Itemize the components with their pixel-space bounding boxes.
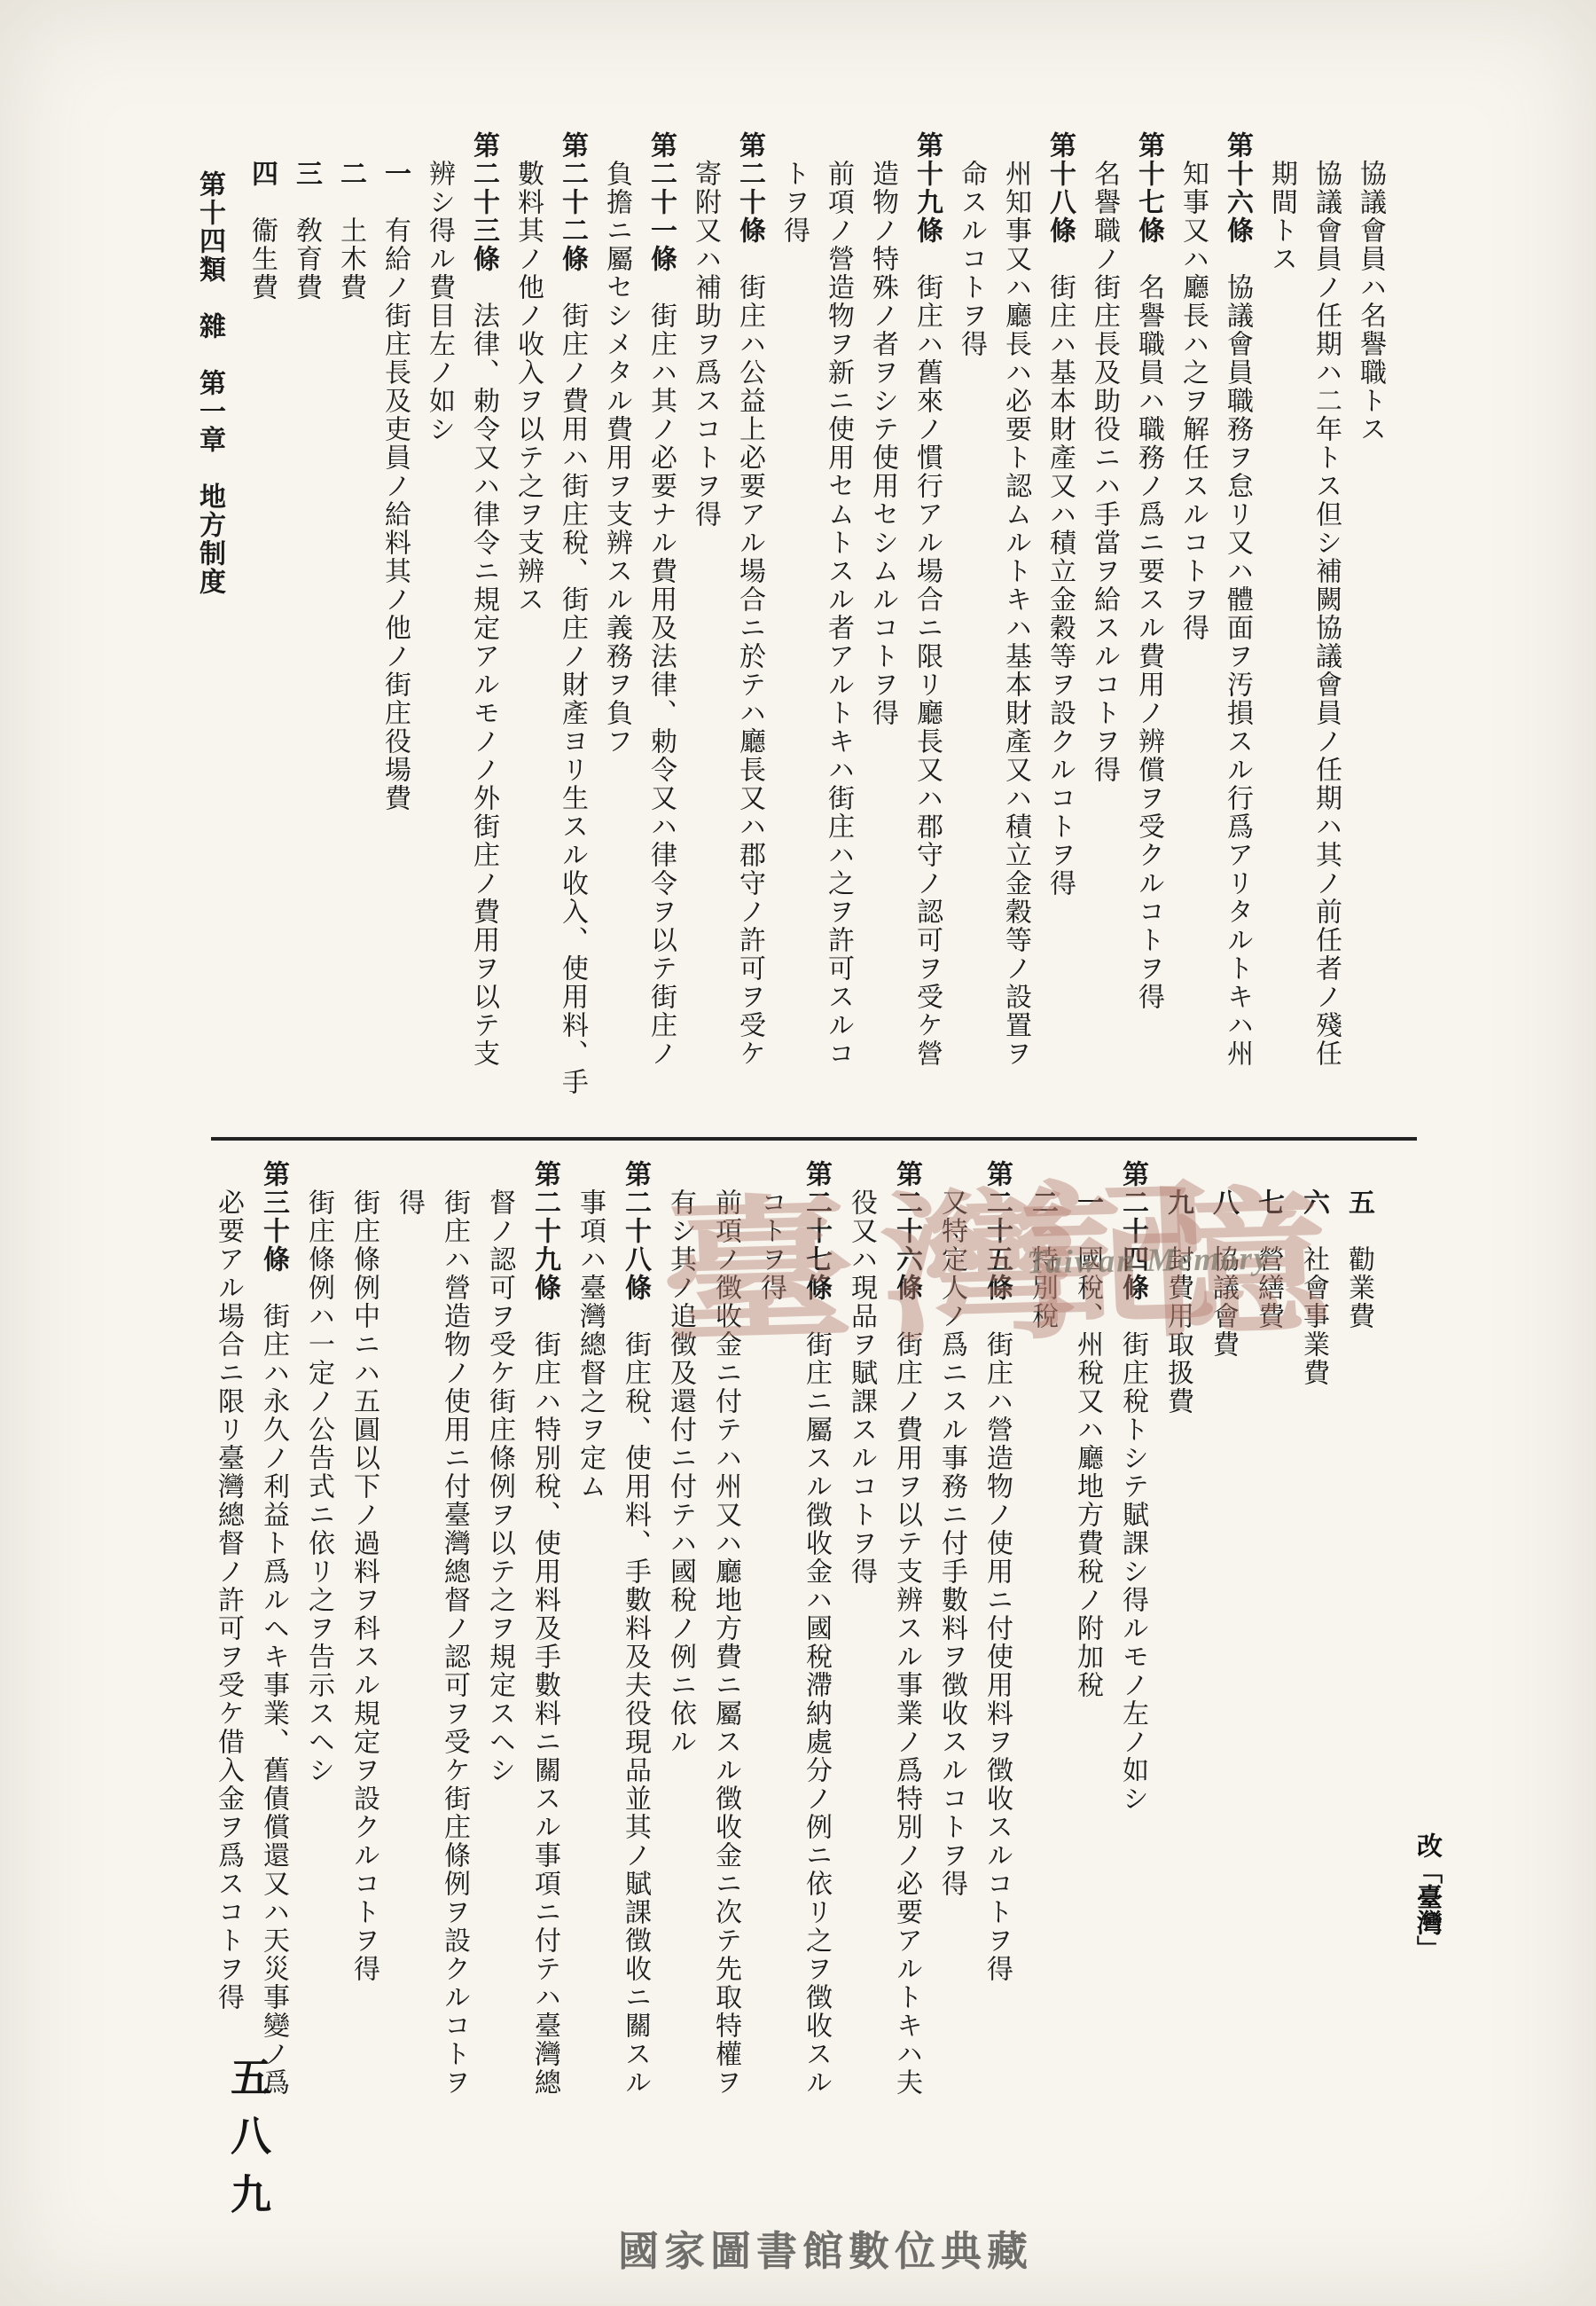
column-text: 協議會費: [1209, 1217, 1238, 1359]
article-number: 第二十五條: [982, 1160, 1012, 1302]
text-column: 四 衞生費: [239, 131, 284, 1151]
article-number: 第二十七條: [802, 1160, 831, 1302]
text-column: 六 社會事業費: [1291, 1160, 1336, 2269]
text-column: 寄附又ハ補助ヲ爲スコトヲ得: [683, 131, 727, 1151]
text-column: 第二十二條 街庄ノ費用ハ街庄稅、街庄ノ財產ヨリ生スル收入、使用料、手: [550, 131, 594, 1151]
article-number: 第二十四條: [1118, 1160, 1147, 1302]
column-indent: [513, 131, 543, 160]
article-number: 九: [1163, 1188, 1193, 1217]
scanned-document-page: 協議會員ハ名譽職トス 協議會員ノ任期ハ二年トス但シ補闕協議會員ノ任期ハ其ノ前任者…: [0, 0, 1596, 2306]
column-indent: [214, 1160, 243, 1188]
column-indent: [1299, 1160, 1328, 1188]
article-number: 第十六條: [1223, 131, 1252, 245]
text-column: 二 特別稅: [1020, 1160, 1065, 2269]
column-text: 社會事業費: [1299, 1217, 1328, 1387]
article-number: 第二十六條: [892, 1160, 921, 1302]
section-divider-rule: [211, 1137, 1417, 1141]
text-column: 命スルコトヲ得: [949, 131, 993, 1151]
column-text: コトヲ得: [756, 1188, 786, 1302]
text-column: 前項ノ徴收金ニ付テハ州又ハ廳地方費ニ屬スル徴收金ニ次テ先取特權ヲ: [703, 1160, 748, 2269]
article-number: 第二十八條: [621, 1160, 650, 1302]
text-column: 負擔ニ屬セシメタル費用ヲ支辨スル義務ヲ負フ: [594, 131, 638, 1151]
column-indent: [1001, 131, 1030, 160]
page-number: 五八九: [218, 2056, 277, 2231]
column-text: 街庄ハ其ノ必要ナル費用及法律、勅令又ハ律令ヲ以テ街庄ノ: [646, 273, 676, 1068]
article-number: 第十八條: [1045, 131, 1075, 245]
text-column: 第二十八條 街庄稅、使用料、手數料及夫役現品並其ノ賦課徴收ニ關スル: [613, 1160, 658, 2269]
text-column: 得: [387, 1160, 432, 2269]
text-column: 協議會員ノ任期ハ二年トス但シ補闕協議會員ノ任期ハ其ノ前任者ノ殘任: [1303, 131, 1348, 1151]
column-text: 協議會員職務ヲ怠リ又ハ體面ヲ汚損スル行爲アリタルトキハ州: [1223, 245, 1252, 1068]
edition-side-note: 改「臺灣」: [1410, 1832, 1446, 1961]
column-text: 街庄ハ基本財產又ハ積立金穀等ヲ設クルコトヲ得: [1045, 245, 1075, 898]
article-number: 七: [1254, 1188, 1283, 1217]
column-text: 協議會員ノ任期ハ二年トス但シ補闕協議會員ノ任期ハ其ノ前任者ノ殘任: [1311, 160, 1341, 1068]
column-text: 名譽職員ハ職務ノ爲ニ要スル費用ノ辨償ヲ受クルコトヲ得: [1134, 245, 1163, 1011]
column-text: 造物ノ特殊ノ者ヲシテ使用セシムルコトヲ得: [868, 160, 897, 727]
column-indent: [847, 1160, 876, 1188]
column-indent: [304, 1160, 333, 1188]
article-number: 第二十九條: [530, 1160, 559, 1302]
column-indent: [1356, 131, 1385, 160]
column-indent: [380, 131, 410, 160]
column-text: 命スルコトヲ得: [957, 160, 986, 358]
column-text: 期間トス: [1267, 160, 1296, 273]
text-column: 五 勸業費: [1336, 1160, 1381, 2269]
lower-text-block: 五 勸業費 六 社會事業費 七 營繕費 八 協議會費 九 封費用取扱費 第二十四…: [206, 1160, 1381, 2269]
column-text: 督ノ認可ヲ受ケ街庄條例ヲ以テ之ヲ規定スヘシ: [485, 1188, 514, 1784]
text-column: 造物ノ特殊ノ者ヲシテ使用セシムルコトヲ得: [860, 131, 904, 1151]
upper-text-block: 協議會員ハ名譽職トス 協議會員ノ任期ハ二年トス但シ補闕協議會員ノ任期ハ其ノ前任者…: [239, 131, 1392, 1151]
column-text: 街庄ハ特別稅、使用料及手數料ニ關スル事項ニ付テハ臺灣總: [530, 1302, 559, 2097]
column-text: 前項ノ營造物ヲ新ニ使用セムトスル者アルトキハ街庄ハ之ヲ許可スルコ: [824, 160, 853, 1068]
text-column: 又特定人ノ爲ニスル事務ニ付手數料ヲ徴收スルコトヲ得: [929, 1160, 974, 2269]
text-column: コトヲ得: [748, 1160, 794, 2269]
text-column: 街庄條例ハ一定ノ公告式ニ依リ之ヲ告示スヘシ: [296, 1160, 341, 2269]
column-indent: [824, 131, 853, 160]
text-column: 知事又ハ廳長ハ之ヲ解任スルコトヲ得: [1170, 131, 1215, 1151]
text-column: 協議會員ハ名譽職トス: [1348, 131, 1392, 1151]
text-column: 街庄條例中ニハ五圓以下ノ過料ヲ科スル規定ヲ設クルコトヲ得: [341, 1160, 387, 2269]
column-indent: [602, 131, 631, 160]
column-indent: [868, 131, 897, 160]
column-text: 州知事又ハ廳長ハ必要ト認ムルトキハ基本財產又ハ積立金穀等ノ設置ヲ: [1001, 160, 1030, 1068]
column-text: 有給ノ街庄長及吏員ノ給料其ノ他ノ街庄役場費: [380, 188, 410, 812]
article-number: 第二十條: [735, 131, 764, 245]
text-column: 第二十五條 街庄ハ營造物ノ使用ニ付使用料ヲ徴收スルコトヲ得: [974, 1160, 1020, 2269]
column-text: 勸業費: [1344, 1217, 1373, 1330]
column-indent: [779, 131, 809, 160]
column-indent: [292, 131, 321, 160]
text-column: 一 有給ノ街庄長及吏員ノ給料其ノ他ノ街庄役場費: [372, 131, 417, 1151]
article-number: 五: [1344, 1188, 1373, 1217]
text-column: 期間トス: [1259, 131, 1303, 1151]
column-indent: [1073, 1160, 1102, 1188]
text-column: 第二十條 街庄ハ公益上必要アル場合ニ於テハ廳長又ハ郡守ノ許可ヲ受ケ: [727, 131, 771, 1151]
column-indent: [395, 1160, 424, 1188]
text-column: 八 協議會費: [1201, 1160, 1246, 2269]
article-number: 三: [292, 160, 321, 188]
column-text: 寄附又ハ補助ヲ爲スコトヲ得: [691, 160, 720, 529]
article-number: 第十九條: [912, 131, 942, 245]
column-text: 前項ノ徴收金ニ付テハ州又ハ廳地方費ニ屬スル徴收金ニ次テ先取特權ヲ: [711, 1188, 740, 2097]
column-text: 街庄ノ費用ヲ以テ支辨スル事業ノ爲特別ノ必要アルトキハ夫: [892, 1302, 921, 2097]
column-text: 知事又ハ廳長ハ之ヲ解任スルコトヲ得: [1178, 160, 1208, 642]
column-text: 街庄ニ屬スル徴收金ハ國稅滯納處分ノ例ニ依リ之ヲ徴收スル: [802, 1302, 831, 2097]
text-column: 數料其ノ他ノ收入ヲ以テ之ヲ支辨ス: [505, 131, 550, 1151]
column-indent: [1090, 131, 1119, 160]
archive-footer-caption: 國家圖書館數位典藏: [618, 2219, 1033, 2278]
column-indent: [575, 1160, 605, 1188]
text-column: 第二十九條 街庄ハ特別稅、使用料及手數料ニ關スル事項ニ付テハ臺灣總: [522, 1160, 567, 2269]
text-column: 前項ノ營造物ヲ新ニ使用セムトスル者アルトキハ街庄ハ之ヲ許可スルコ: [816, 131, 860, 1151]
article-number: 二: [336, 160, 365, 188]
column-indent: [425, 131, 454, 160]
text-column: 二 土木費: [328, 131, 372, 1151]
column-indent: [1028, 1160, 1057, 1188]
article-number: 四: [247, 160, 277, 188]
text-column: 第十六條 協議會員職務ヲ怠リ又ハ體面ヲ汚損スル行爲アリタルトキハ州: [1215, 131, 1259, 1151]
column-indent: [756, 1160, 786, 1188]
text-column: 辨シ得ル費目左ノ如シ: [417, 131, 461, 1151]
text-column: 第十八條 街庄ハ基本財產又ハ積立金穀等ヲ設クルコトヲ得: [1037, 131, 1082, 1151]
column-indent: [1254, 1160, 1283, 1188]
column-indent: [349, 1160, 379, 1188]
column-text: 負擔ニ屬セシメタル費用ヲ支辨スル義務ヲ負フ: [602, 160, 631, 756]
article-number: 六: [1299, 1188, 1328, 1217]
text-column: 役又ハ現品ヲ賦課スルコトヲ得: [839, 1160, 884, 2269]
column-text: 協議會員ハ名譽職トス: [1356, 160, 1385, 443]
text-column: 第二十一條 街庄ハ其ノ必要ナル費用及法律、勅令又ハ律令ヲ以テ街庄ノ: [638, 131, 683, 1151]
column-text: 街庄ハ舊來ノ慣行アル場合ニ限リ廳長又ハ郡守ノ認可ヲ受ケ營: [912, 245, 942, 1068]
column-text: 敎育費: [292, 188, 321, 302]
column-text: 有シ其ノ追徴及還付ニ付テハ國稅ノ例ニ依ル: [666, 1188, 695, 1756]
column-indent: [440, 1160, 469, 1188]
column-text: 衞生費: [247, 188, 277, 302]
margin-category-label: 第十四類 雜 第一章 地方制度: [190, 170, 229, 596]
column-text: 街庄條例ハ一定ノ公告式ニ依リ之ヲ告示スヘシ: [304, 1188, 333, 1784]
text-column: 督ノ認可ヲ受ケ街庄條例ヲ以テ之ヲ規定スヘシ: [477, 1160, 522, 2269]
column-indent: [691, 131, 720, 160]
article-number: 第十七條: [1134, 131, 1163, 245]
column-indent: [937, 1160, 966, 1188]
column-indent: [1163, 1160, 1193, 1188]
article-number: 第三十條: [259, 1160, 288, 1274]
column-indent: [1209, 1160, 1238, 1188]
text-column: 事項ハ臺灣總督之ヲ定ム: [567, 1160, 613, 2269]
column-text: 名譽職ノ街庄長及助役ニハ手當ヲ給スルコトヲ得: [1090, 160, 1119, 784]
column-indent: [247, 131, 277, 160]
column-text: 街庄ハ公益上必要アル場合ニ於テハ廳長又ハ郡守ノ許可ヲ受ケ: [735, 245, 764, 1068]
column-text: 街庄稅トシテ賦課シ得ルモノ左ノ如シ: [1118, 1302, 1147, 1813]
column-text: 又特定人ノ爲ニスル事務ニ付手數料ヲ徴收スルコトヲ得: [937, 1188, 966, 1898]
text-column: 第十九條 街庄ハ舊來ノ慣行アル場合ニ限リ廳長又ハ郡守ノ認可ヲ受ケ營: [904, 131, 949, 1151]
text-column: 九 封費用取扱費: [1155, 1160, 1201, 2269]
text-column: 七 營繕費: [1246, 1160, 1291, 2269]
column-indent: [1311, 131, 1341, 160]
column-text: 得: [395, 1188, 424, 1217]
column-text: 事項ハ臺灣總督之ヲ定ム: [575, 1188, 605, 1501]
text-column: 三 敎育費: [284, 131, 328, 1151]
text-column: 名譽職ノ街庄長及助役ニハ手當ヲ給スルコトヲ得: [1082, 131, 1126, 1151]
text-column: 第十七條 名譽職員ハ職務ノ爲ニ要スル費用ノ辨償ヲ受クルコトヲ得: [1126, 131, 1170, 1151]
text-column: 第二十四條 街庄稅トシテ賦課シ得ルモノ左ノ如シ: [1110, 1160, 1155, 2269]
text-column: 第二十三條 法律、勅令又ハ律令ニ規定アルモノノ外街庄ノ費用ヲ以テ支: [461, 131, 505, 1151]
column-text: 封費用取扱費: [1163, 1217, 1193, 1416]
column-text: 特別稅: [1028, 1217, 1057, 1330]
column-text: 數料其ノ他ノ收入ヲ以テ之ヲ支辨ス: [513, 160, 543, 614]
article-number: 八: [1209, 1188, 1238, 1217]
article-number: 第二十三條: [469, 131, 498, 273]
article-number: 一: [1073, 1188, 1102, 1217]
column-indent: [1267, 131, 1296, 160]
text-column: 第二十六條 街庄ノ費用ヲ以テ支辨スル事業ノ爲特別ノ必要アルトキハ夫: [884, 1160, 929, 2269]
text-column: 街庄ハ營造物ノ使用ニ付臺灣總督ノ認可ヲ受ケ街庄條例ヲ設クルコトヲ: [432, 1160, 477, 2269]
column-text: 營繕費: [1254, 1217, 1283, 1330]
column-text: 街庄ハ永久ノ利益ト爲ルヘキ事業、舊債償還又ハ天災事變ノ爲: [259, 1274, 288, 2097]
column-text: 街庄ハ營造物ノ使用ニ付使用料ヲ徴收スルコトヲ得: [982, 1302, 1012, 1983]
column-text: 必要アル場合ニ限リ臺灣總督ノ許可ヲ受ケ借入金ヲ爲スコトヲ得: [214, 1188, 243, 2012]
column-indent: [957, 131, 986, 160]
column-indent: [711, 1160, 740, 1188]
text-column: 有シ其ノ追徴及還付ニ付テハ國稅ノ例ニ依ル: [658, 1160, 703, 2269]
column-indent: [1344, 1160, 1373, 1188]
article-number: 第二十二條: [558, 131, 587, 273]
column-text: 街庄稅、使用料、手數料及夫役現品並其ノ賦課徴收ニ關スル: [621, 1302, 650, 2097]
text-column: トヲ得: [771, 131, 816, 1151]
column-text: 辨シ得ル費目左ノ如シ: [425, 160, 454, 443]
column-indent: [336, 131, 365, 160]
column-indent: [1178, 131, 1208, 160]
article-number: 一: [380, 160, 410, 188]
text-column: 州知事又ハ廳長ハ必要ト認ムルトキハ基本財產又ハ積立金穀等ノ設置ヲ: [993, 131, 1037, 1151]
column-text: 街庄條例中ニハ五圓以下ノ過料ヲ科スル規定ヲ設クルコトヲ得: [349, 1188, 379, 1983]
text-column: 一 國稅、州稅又ハ廳地方費稅ノ附加稅: [1065, 1160, 1110, 2269]
column-text: トヲ得: [779, 160, 809, 245]
article-number: 二: [1028, 1188, 1057, 1217]
article-number: 第二十一條: [646, 131, 676, 273]
column-text: 國稅、州稅又ハ廳地方費稅ノ附加稅: [1073, 1217, 1102, 1699]
text-column: 第二十七條 街庄ニ屬スル徴收金ハ國稅滯納處分ノ例ニ依リ之ヲ徴收スル: [794, 1160, 839, 2269]
column-text: 役又ハ現品ヲ賦課スルコトヲ得: [847, 1188, 876, 1586]
column-text: 街庄ノ費用ハ街庄稅、街庄ノ財產ヨリ生スル收入、使用料、手: [558, 273, 587, 1096]
column-text: 法律、勅令又ハ律令ニ規定アルモノノ外街庄ノ費用ヲ以テ支: [469, 273, 498, 1068]
column-text: 土木費: [336, 188, 365, 302]
column-indent: [485, 1160, 514, 1188]
column-indent: [666, 1160, 695, 1188]
column-text: 街庄ハ營造物ノ使用ニ付臺灣總督ノ認可ヲ受ケ街庄條例ヲ設クルコトヲ: [440, 1188, 469, 2097]
